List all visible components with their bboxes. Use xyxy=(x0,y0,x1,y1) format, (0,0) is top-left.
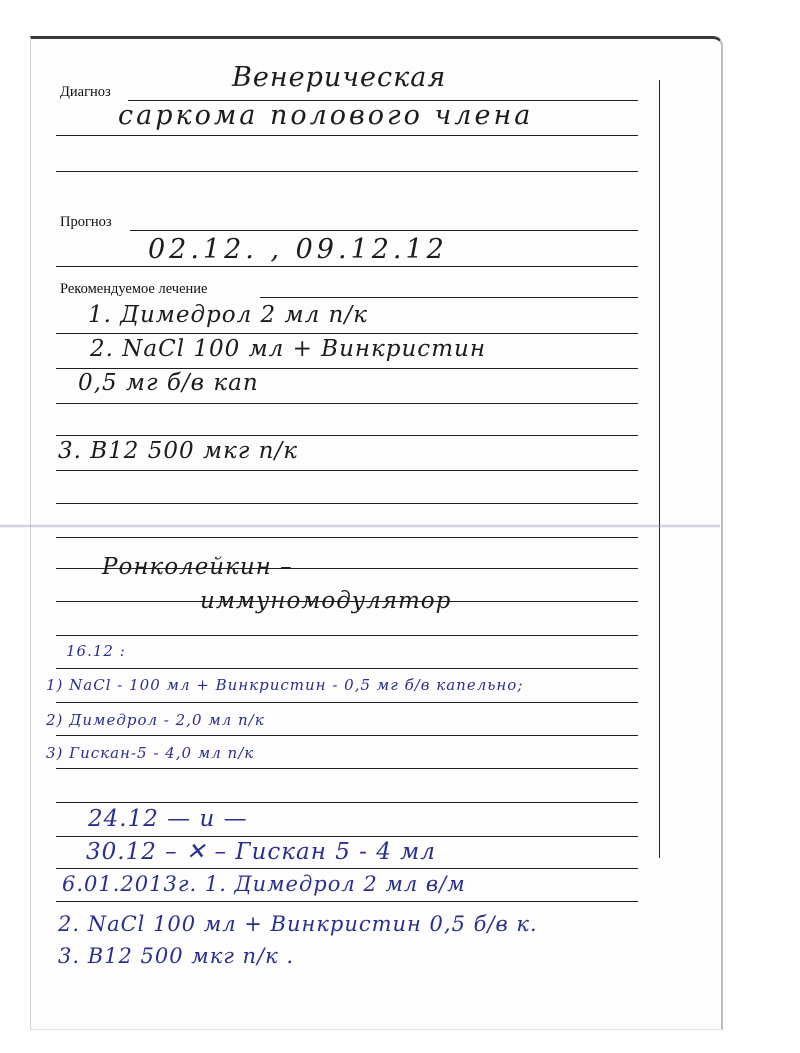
diagnosis-line-1: Венерическая xyxy=(232,62,446,93)
followup-entry: 30.12 – ✕ – Гискан 5 - 4 мл xyxy=(86,839,436,865)
ruled-line xyxy=(56,836,638,837)
prognosis-label: Прогноз xyxy=(60,214,112,231)
ruled-line xyxy=(56,868,638,869)
ruled-line xyxy=(56,266,638,267)
course-item: 1) NaCl - 100 мл + Винкристин - 0,5 мг б… xyxy=(46,676,523,694)
ruled-line xyxy=(56,735,638,736)
prognosis-dates: 02.12. , 09.12.12 xyxy=(148,234,448,265)
course-item: 2) Димедрол - 2,0 мл п/к xyxy=(46,711,265,729)
ruled-line xyxy=(56,702,638,703)
paper-fold xyxy=(0,524,720,528)
followup-entry: 2. NaCl 100 мл + Винкристин 0,5 б/в к. xyxy=(58,912,538,936)
course-item: 3) Гискан-5 - 4,0 мл п/к xyxy=(46,744,254,762)
ruled-line xyxy=(56,403,638,404)
ruled-line xyxy=(56,635,638,636)
ruled-line xyxy=(56,171,638,172)
ruled-line xyxy=(56,470,638,471)
treatment-item: 2. NaCl 100 мл + Винкристин xyxy=(90,336,486,362)
ruled-line xyxy=(56,768,638,769)
ruled-line xyxy=(56,901,638,902)
ruled-line xyxy=(56,333,638,334)
note-line-1: Ронколейкин – xyxy=(102,554,293,580)
followup-entry: 6.01.2013г. 1. Димедрол 2 мл в/м xyxy=(62,872,466,896)
diagnosis-line-2: саркома полового члена xyxy=(118,100,533,131)
treatment-item: 3. B12 500 мкг п/к xyxy=(58,438,298,464)
followup-entry: 3. B12 500 мкг п/к . xyxy=(58,944,294,968)
ruled-line xyxy=(56,368,638,369)
ruled-line xyxy=(56,503,638,504)
ruled-line xyxy=(56,135,638,136)
course-date: 16.12 : xyxy=(66,642,126,660)
ruled-line xyxy=(130,230,638,231)
diagnosis-label: Диагноз xyxy=(60,84,111,101)
ruled-line xyxy=(260,297,638,298)
treatment-label: Рекомендуемое лечение xyxy=(60,281,208,298)
ruled-line xyxy=(56,435,638,436)
followup-entry: 24.12 — и — xyxy=(88,806,248,832)
ruled-line xyxy=(56,537,638,538)
note-line-2: иммуномодулятор xyxy=(200,588,451,614)
treatment-item: 1. Димедрол 2 мл п/к xyxy=(88,302,368,328)
ruled-line xyxy=(56,802,638,803)
form-frame-border xyxy=(659,80,660,858)
ruled-line xyxy=(56,668,638,669)
treatment-item: 0,5 мг б/в кап xyxy=(78,370,259,396)
